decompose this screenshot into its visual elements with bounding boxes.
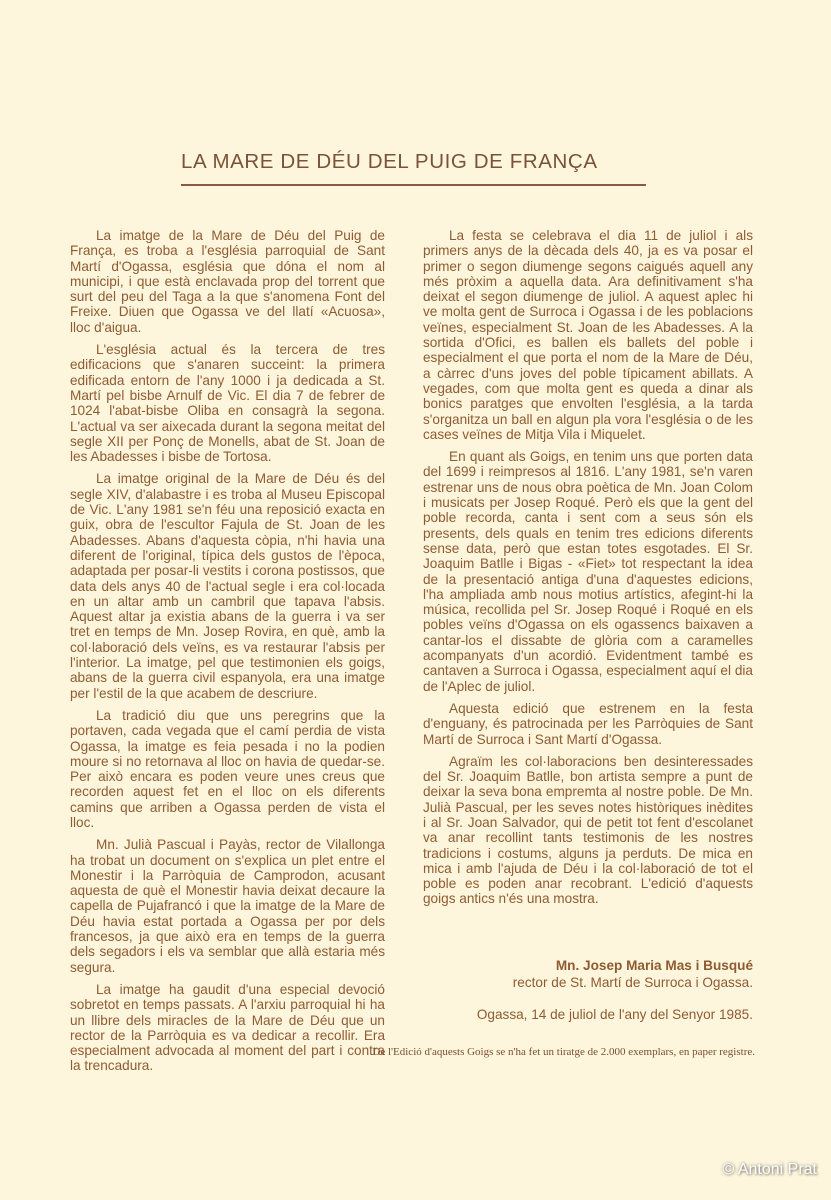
paragraph: La imatge de la Mare de Déu del Puig de …: [70, 228, 385, 335]
paragraph: Mn. Julià Pascual i Payàs, rector de Vil…: [70, 837, 385, 975]
signature-role: rector de St. Martí de Surroca i Ogassa.: [477, 974, 753, 991]
paragraph: La imatge original de la Mare de Déu és …: [70, 471, 385, 700]
left-column: La imatge de la Mare de Déu del Puig de …: [70, 228, 385, 1081]
paragraph: En quant als Goigs, en tenim uns que por…: [423, 449, 753, 694]
paragraph: L'església actual és la tercera de tres …: [70, 342, 385, 464]
edition-footnote: De l'Edició d'aquests Goigs se n'ha fet …: [300, 1046, 755, 1058]
paragraph: La imatge ha gaudit d'una especial devoc…: [70, 982, 385, 1074]
paragraph: Aquesta edició que estrenem en la festa …: [423, 701, 753, 747]
signature-name: Mn. Josep Maria Mas i Busqué: [477, 957, 753, 974]
paragraph: Agraïm les col·laboracions ben desintere…: [423, 754, 753, 907]
signature-block: Mn. Josep Maria Mas i Busqué rector de S…: [477, 957, 753, 1023]
paragraph: La tradició diu que uns peregrins que la…: [70, 708, 385, 830]
document-title: LA MARE DE DÉU DEL PUIG DE FRANÇA: [181, 150, 646, 174]
copyright-watermark: © Antoni Prat: [722, 1161, 817, 1179]
signature-date: Ogassa, 14 de juliol de l'any del Senyor…: [477, 1006, 753, 1023]
right-column: La festa se celebrava el dia 11 de julio…: [423, 228, 753, 914]
title-underline: [181, 184, 646, 186]
paragraph: La festa se celebrava el dia 11 de julio…: [423, 228, 753, 442]
